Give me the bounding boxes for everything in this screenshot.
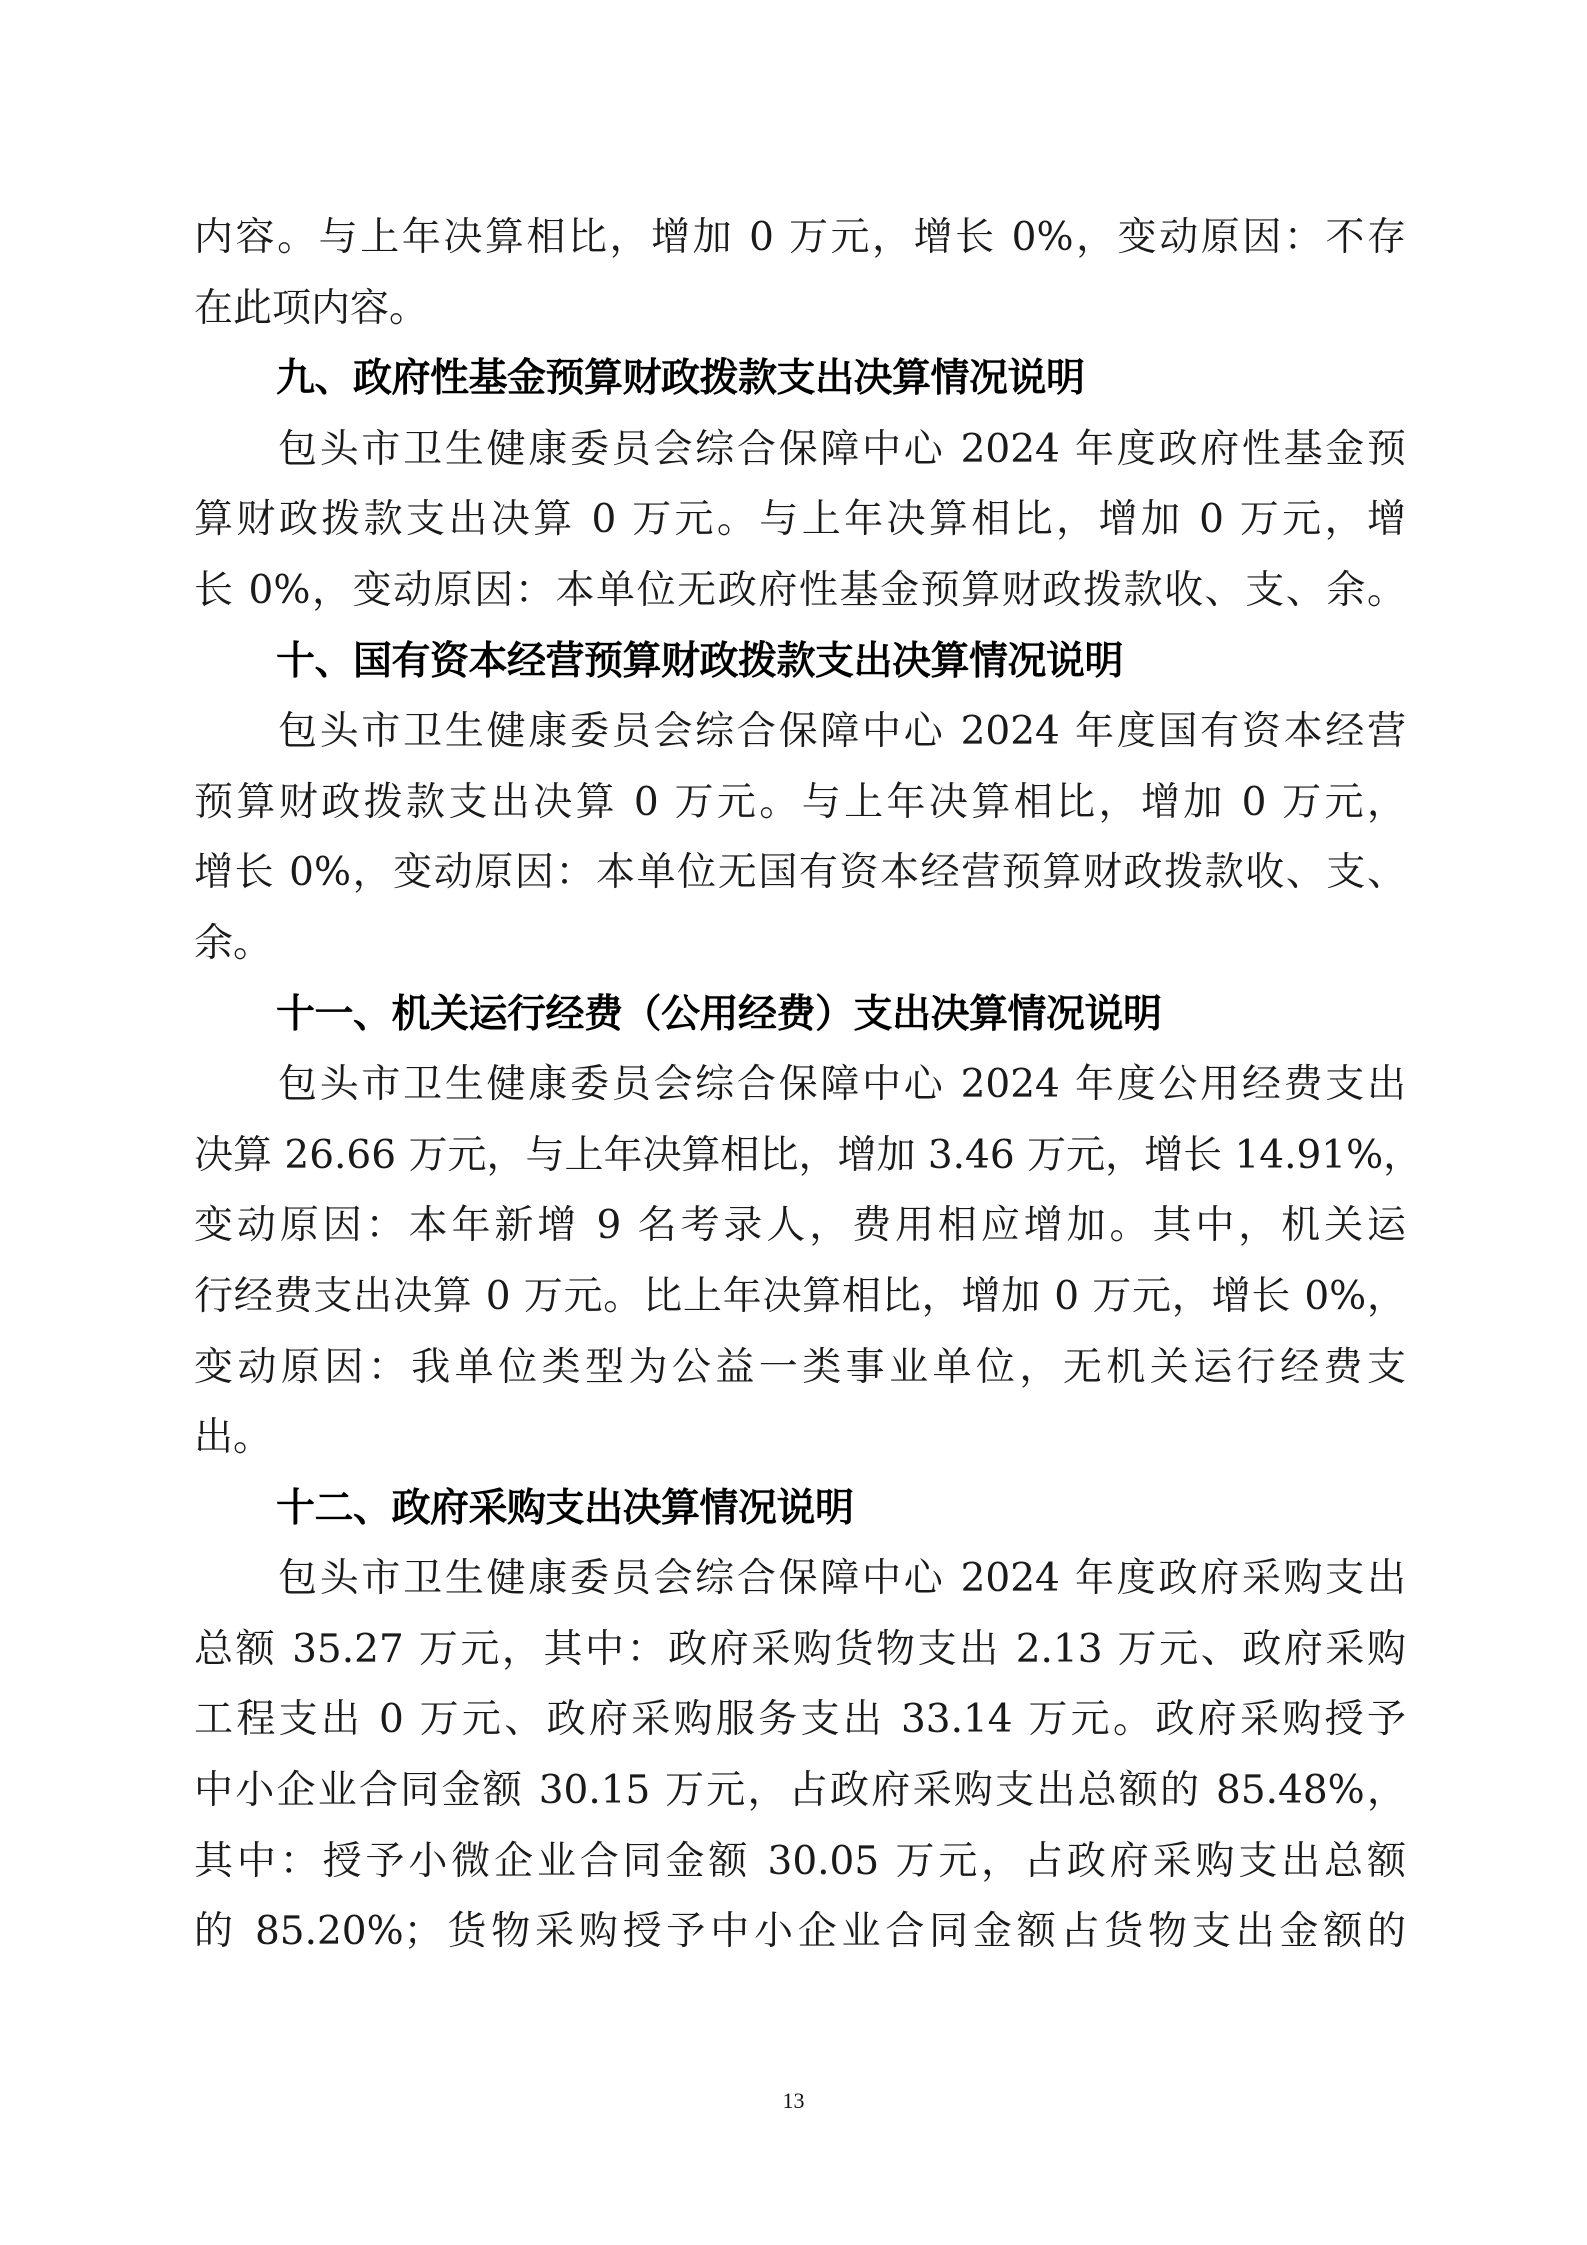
section-heading: 九、政府性基金预算财政拨款支出决算情况说明: [194, 344, 1406, 415]
page-content: 内容。与上年决算相比，增加 0 万元，增长 0%，变动原因：不存 在此项内容。 …: [194, 203, 1406, 1968]
text-line: 在此项内容。: [194, 274, 1406, 345]
text-line: 预算财政拨款支出决算 0 万元。与上年决算相比，增加 0 万元，: [194, 768, 1406, 839]
text-line: 工程支出 0 万元、政府采购服务支出 33.14 万元。政府采购授予: [194, 1685, 1406, 1756]
text-line: 变动原因：我单位类型为公益一类事业单位，无机关运行经费支: [194, 1333, 1406, 1404]
text-line: 出。: [194, 1403, 1406, 1474]
text-line: 决算 26.66 万元，与上年决算相比，增加 3.46 万元，增长 14.91%…: [194, 1121, 1406, 1192]
text-line: 中小企业合同金额 30.15 万元，占政府采购支出总额的 85.48%，: [194, 1756, 1406, 1827]
section-public-funds: 十一、机关运行经费（公用经费）支出决算情况说明 包头市卫生健康委员会综合保障中心…: [194, 980, 1406, 1474]
section-state-capital: 十、国有资本经营预算财政拨款支出决算情况说明 包头市卫生健康委员会综合保障中心 …: [194, 627, 1406, 980]
text-line: 包头市卫生健康委员会综合保障中心 2024 年度政府性基金预: [194, 415, 1406, 486]
section-heading: 十二、政府采购支出决算情况说明: [194, 1474, 1406, 1545]
text-line: 增长 0%，变动原因：本单位无国有资本经营预算财政拨款收、支、: [194, 838, 1406, 909]
text-line: 的 85.20%；货物采购授予中小企业合同金额占货物支出金额的: [194, 1897, 1406, 1968]
text-line: 包头市卫生健康委员会综合保障中心 2024 年度国有资本经营: [194, 697, 1406, 768]
text-line: 包头市卫生健康委员会综合保障中心 2024 年度公用经费支出: [194, 1050, 1406, 1121]
text-line: 包头市卫生健康委员会综合保障中心 2024 年度政府采购支出: [194, 1544, 1406, 1615]
page-number: 13: [0, 2088, 1587, 2114]
section-government-procurement: 十二、政府采购支出决算情况说明 包头市卫生健康委员会综合保障中心 2024 年度…: [194, 1474, 1406, 1968]
section-government-fund: 九、政府性基金预算财政拨款支出决算情况说明 包头市卫生健康委员会综合保障中心 2…: [194, 344, 1406, 626]
text-line: 余。: [194, 909, 1406, 980]
text-line: 其中：授予小微企业合同金额 30.05 万元，占政府采购支出总额: [194, 1827, 1406, 1898]
text-line: 总额 35.27 万元，其中：政府采购货物支出 2.13 万元、政府采购: [194, 1615, 1406, 1686]
paragraph-continuation: 内容。与上年决算相比，增加 0 万元，增长 0%，变动原因：不存 在此项内容。: [194, 203, 1406, 344]
text-line: 长 0%，变动原因：本单位无政府性基金预算财政拨款收、支、余。: [194, 556, 1406, 627]
text-line: 算财政拨款支出决算 0 万元。与上年决算相比，增加 0 万元，增: [194, 485, 1406, 556]
section-heading: 十一、机关运行经费（公用经费）支出决算情况说明: [194, 980, 1406, 1051]
document-page: 内容。与上年决算相比，增加 0 万元，增长 0%，变动原因：不存 在此项内容。 …: [0, 0, 1587, 2245]
text-line: 内容。与上年决算相比，增加 0 万元，增长 0%，变动原因：不存: [194, 203, 1406, 274]
text-line: 行经费支出决算 0 万元。比上年决算相比，增加 0 万元，增长 0%，: [194, 1262, 1406, 1333]
text-line: 变动原因：本年新增 9 名考录人，费用相应增加。其中，机关运: [194, 1191, 1406, 1262]
section-heading: 十、国有资本经营预算财政拨款支出决算情况说明: [194, 627, 1406, 698]
